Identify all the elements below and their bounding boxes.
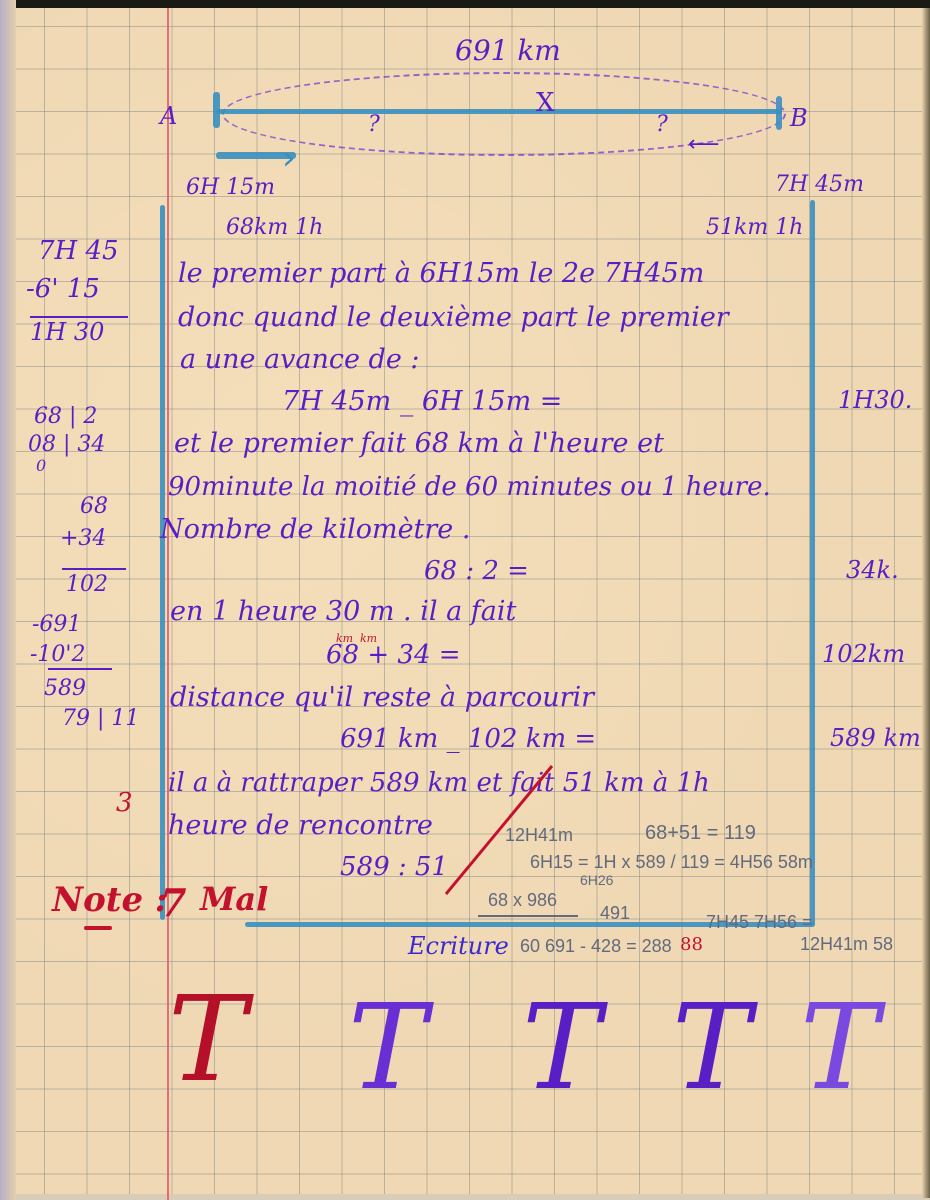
km-correction-1: km [336, 632, 353, 645]
pencil-line-7: 60 691 - 428 = 288 [520, 936, 672, 957]
calc-add-rule [62, 568, 126, 570]
route-line [216, 109, 782, 114]
body-line-4-result: 1H30. [838, 386, 912, 414]
body-line-9: en 1 heure 30 m . il a fait [170, 596, 516, 627]
body-line-3: a une avance de : [180, 344, 419, 375]
start-time-b: 7H 45m [775, 172, 864, 197]
pencil-rule [478, 915, 578, 917]
pencil-line-1: 12H41m [505, 825, 573, 846]
speed-b: 51km 1h [706, 215, 803, 240]
meeting-point-mark: X [536, 88, 555, 118]
calc-div-line2: 08 | 34 [28, 432, 105, 457]
body-line-4: 7H 45m _ 6H 15m = [282, 386, 562, 417]
body-line-12-result: 589 km [830, 724, 921, 752]
body-line-10-result: 102km [822, 640, 905, 668]
unknown-right-mark: ? [656, 112, 668, 137]
calc-div-line1: 68 | 2 [34, 404, 97, 429]
km-correction-2: km [360, 632, 377, 645]
body-line-1: le premier part à 6H15m le 2e 7H45m [178, 258, 704, 289]
body-line-5: et le premier fait 68 km à l'heure et [174, 428, 664, 459]
model-letter-t: T [168, 980, 247, 1098]
pencil-line-9: 12H41m 58 [800, 934, 893, 955]
red-mark: 3 [116, 788, 133, 818]
grade-label: Note : [52, 880, 167, 920]
practice-letter-t-2: T [522, 988, 601, 1106]
calc-sub-line2: -10'2 [30, 642, 85, 667]
practice-letter-t-4: T [800, 988, 879, 1106]
calc-sub-line1: -691 [32, 612, 81, 637]
calc-sub-rule [48, 668, 112, 670]
calc-add-result: 102 [66, 572, 108, 597]
calc-div2-line2: 79 | 11 [62, 706, 139, 731]
point-b-tick [776, 96, 782, 130]
speed-a: 68km 1h [226, 215, 323, 240]
scan-left-edge [0, 0, 16, 1200]
arrow-left-icon: ⟵ [688, 132, 720, 157]
writing-label: Ecriture [408, 932, 509, 960]
scan-top-edge [0, 0, 930, 8]
body-line-8: 68 : 2 = [424, 556, 529, 586]
body-line-12: 691 km _ 102 km = [340, 724, 596, 754]
frame-left-border [160, 205, 165, 920]
pencil-line-5: 68 x 986 [488, 890, 557, 911]
pencil-line-3: 6H15 = 1H x 589 / 119 = 4H56 58m [530, 852, 813, 873]
start-time-a: 6H 15m [186, 175, 275, 200]
grade-underline [84, 926, 112, 930]
pencil-line-2: 68+51 = 119 [645, 822, 756, 845]
body-line-8-result: 34k. [846, 556, 899, 584]
page-right-edge [922, 8, 930, 1198]
grade-value: 7 [160, 880, 186, 925]
pencil-line-6: 491 [600, 903, 630, 924]
calc-div-remainder: 0 [36, 456, 46, 475]
body-line-13: il a à rattraper 589 km et fait 51 km à … [168, 768, 710, 798]
pencil-line-8: 7H45 7H56 = [706, 912, 813, 933]
calc-time-result: 1H 30 [30, 318, 104, 346]
practice-letter-t-3: T [672, 988, 751, 1106]
point-b-label: B [790, 104, 808, 132]
calc-time-line1: 7H 45 [38, 236, 119, 266]
practice-letter-t-1: T [348, 988, 427, 1106]
unknown-left-mark: ? [368, 112, 380, 137]
body-line-15: 589 : 51 [340, 852, 448, 882]
red-correction: 88 [680, 934, 703, 955]
calc-add-line1: 68 [80, 494, 108, 519]
body-line-7: Nombre de kilomètre . [160, 514, 470, 545]
arrow-right-head-icon: › [282, 138, 296, 178]
calc-time-line2: -6' 15 [26, 274, 100, 304]
body-line-6: 90minute la moitié de 60 minutes ou 1 he… [168, 472, 771, 502]
body-line-14: heure de rencontre [168, 810, 433, 841]
pencil-line-4: 6H26 [580, 872, 613, 888]
body-line-2: donc quand le deuxième part le premier [178, 302, 729, 333]
calc-sub-result: 589 [44, 676, 86, 701]
total-distance-label: 691 km [455, 34, 561, 67]
calc-add-line2: +34 [60, 526, 106, 551]
point-a-label: A [160, 102, 177, 130]
grade-remark: Mal [200, 880, 268, 918]
body-line-11: distance qu'il reste à parcourir [170, 682, 594, 713]
frame-right-border [810, 200, 815, 925]
